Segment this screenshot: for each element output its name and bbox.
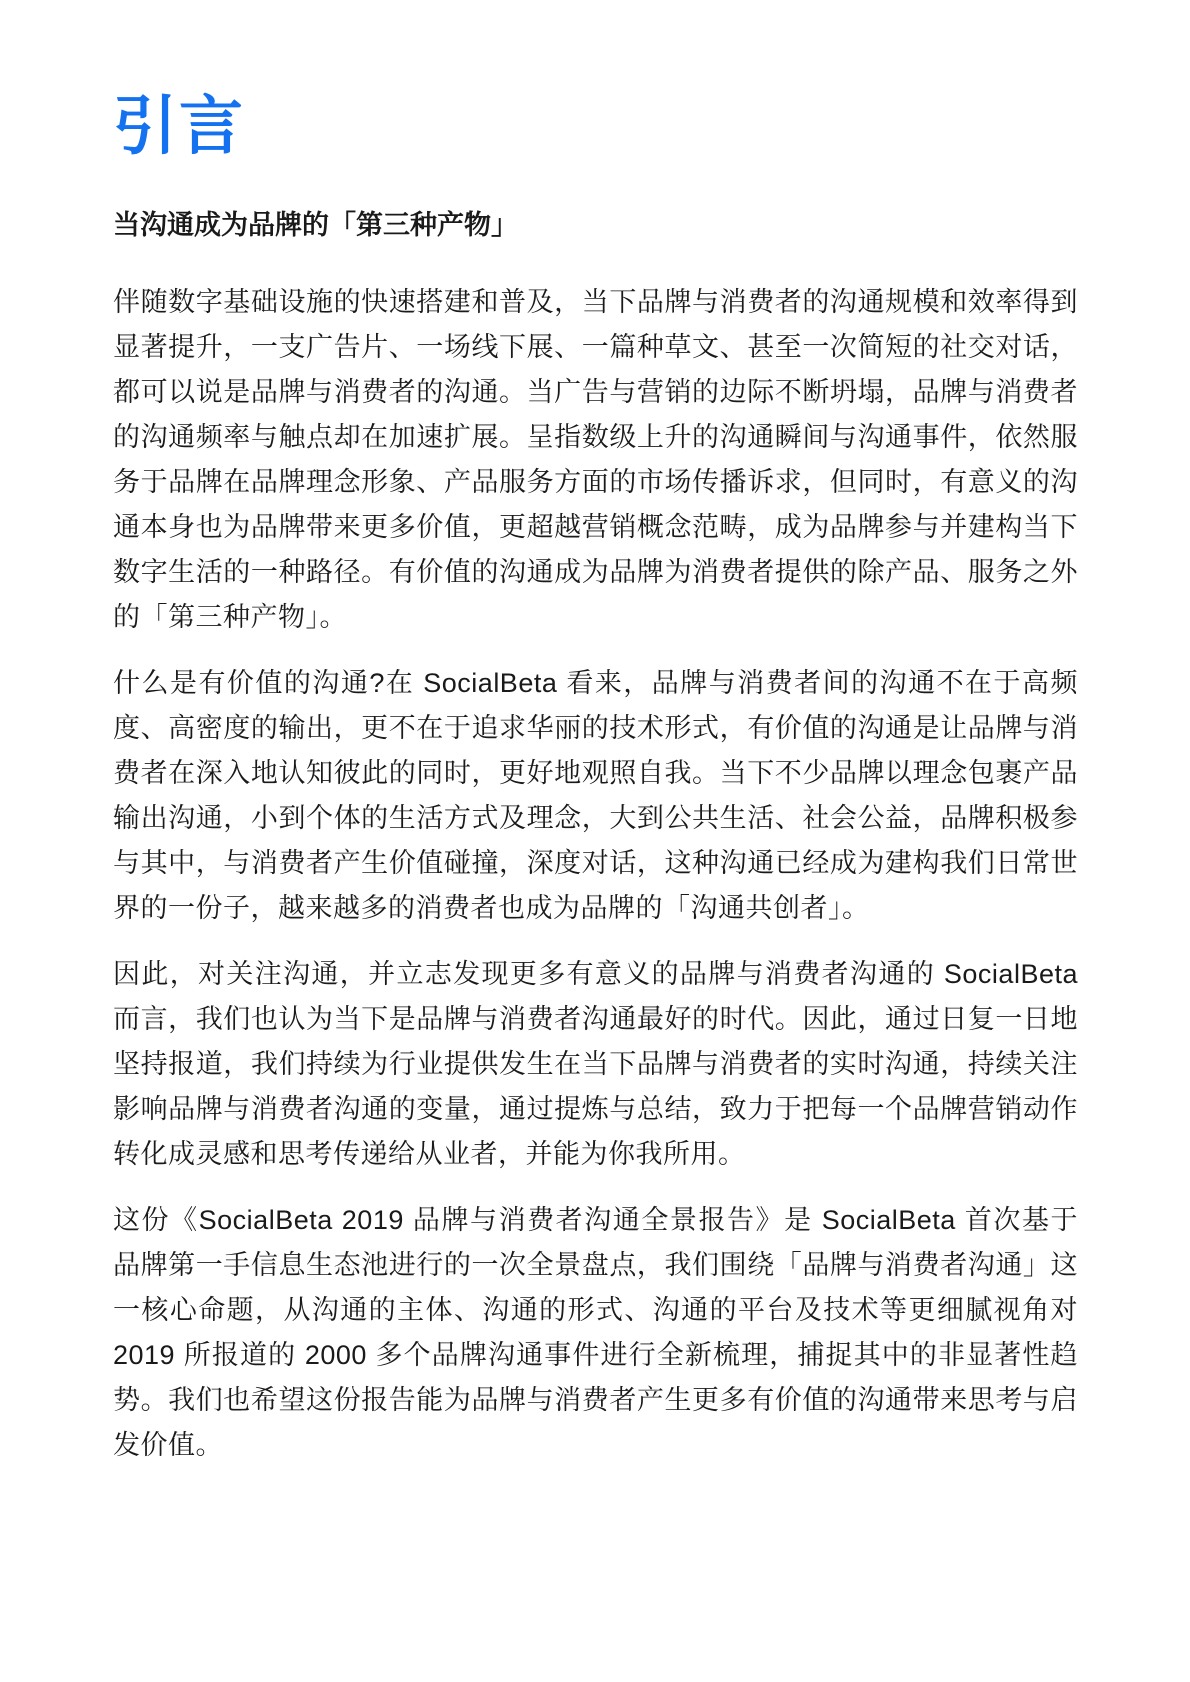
report-intro-page: 引言 当沟通成为品牌的「第三种产物」 伴随数字基础设施的快速搭建和普及，当下品牌… <box>0 0 1190 1682</box>
page-subtitle: 当沟通成为品牌的「第三种产物」 <box>113 206 1078 244</box>
intro-paragraph-2: 什么是有价值的沟通?在 SocialBeta 看来，品牌与消费者间的沟通不在于高… <box>113 661 1078 931</box>
intro-paragraph-1: 伴随数字基础设施的快速搭建和普及，当下品牌与消费者的沟通规模和效率得到显著提升，… <box>113 280 1078 640</box>
intro-paragraph-4: 这份《SocialBeta 2019 品牌与消费者沟通全景报告》是 Social… <box>113 1198 1078 1468</box>
page-title: 引言 <box>113 90 1078 164</box>
intro-paragraph-3: 因此，对关注沟通，并立志发现更多有意义的品牌与消费者沟通的 SocialBeta… <box>113 952 1078 1177</box>
